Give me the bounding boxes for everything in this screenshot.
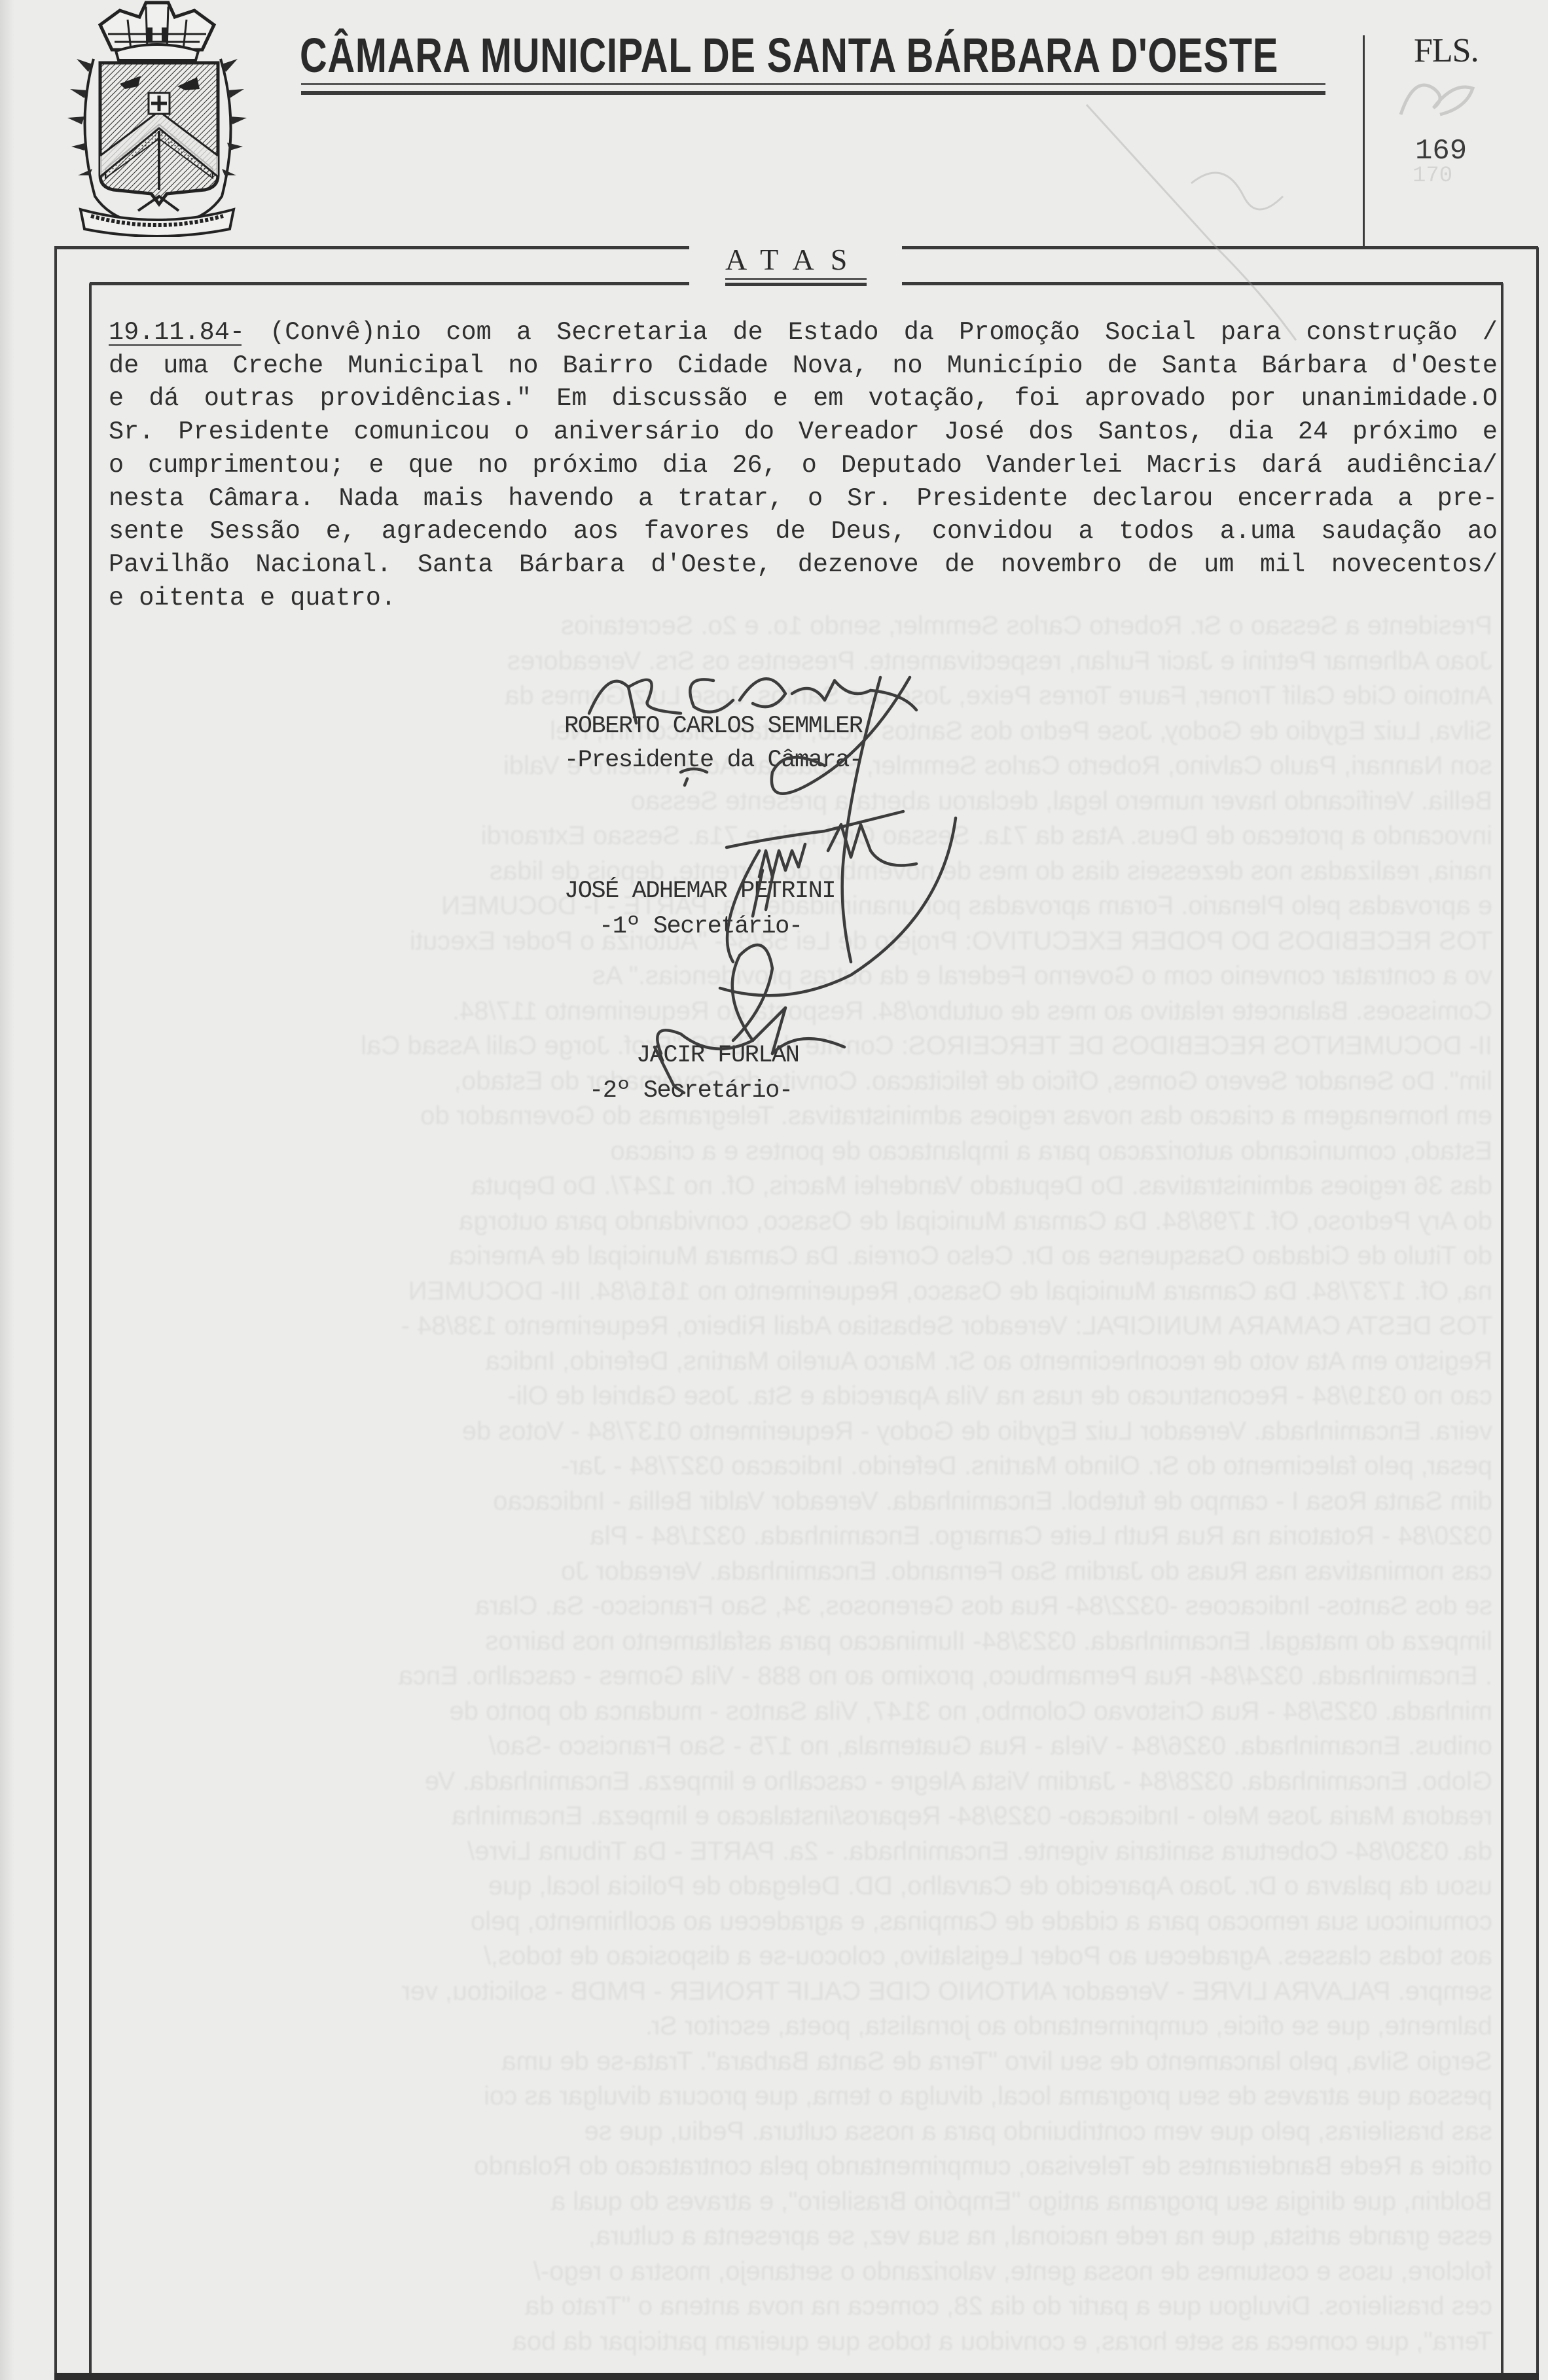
minutes-line: nesta Câmara. Nada mais havendo a tratar… (109, 484, 1498, 513)
minutes-line: Sr. Presidente comunicou o aniversário d… (109, 417, 1498, 446)
signatory-name-first-secretary: JOSÉ ADHEMAR PETRINI (564, 877, 835, 906)
minutes-line: e oitenta e quatro. (109, 584, 1498, 613)
reverse-side-bleed-through: Presidente a Sessao o Sr. Roberto Carlos… (98, 609, 1492, 2362)
signatory-name-second-secretary: JACIR FURLAN (636, 1041, 799, 1070)
minutes-line: o cumprimentou; e que no próximo dia 26,… (109, 451, 1498, 480)
signatory-role-president: -Presidente da Câmara- (564, 746, 862, 775)
minutes-line: de uma Creche Municipal no Bairro Cidade… (109, 351, 1498, 380)
signatory-name-president: ROBERTO CARLOS SEMMLER (564, 712, 862, 741)
minutes-line: Pavilhão Nacional. Santa Bárbara d'Oeste… (109, 550, 1498, 579)
page-bottom-edge (54, 2373, 1539, 2380)
minutes-line: 19.11.84- (Convê)nio com a Secretaria de… (109, 318, 1498, 347)
date-underline (109, 344, 242, 346)
signatory-role-second-secretary: -2º Secretário- (589, 1076, 793, 1105)
minutes-text: 19.11.84- (Convê)nio com a Secretaria de… (0, 0, 1548, 654)
document-page: Presidente a Sessao o Sr. Roberto Carlos… (0, 0, 1548, 2380)
minutes-line: sente Sessão e, agradecendo aos favores … (109, 517, 1498, 546)
signatory-role-first-secretary: -1º Secretário- (599, 912, 802, 941)
minutes-line: e dá outras providências." Em discussão … (109, 384, 1498, 413)
